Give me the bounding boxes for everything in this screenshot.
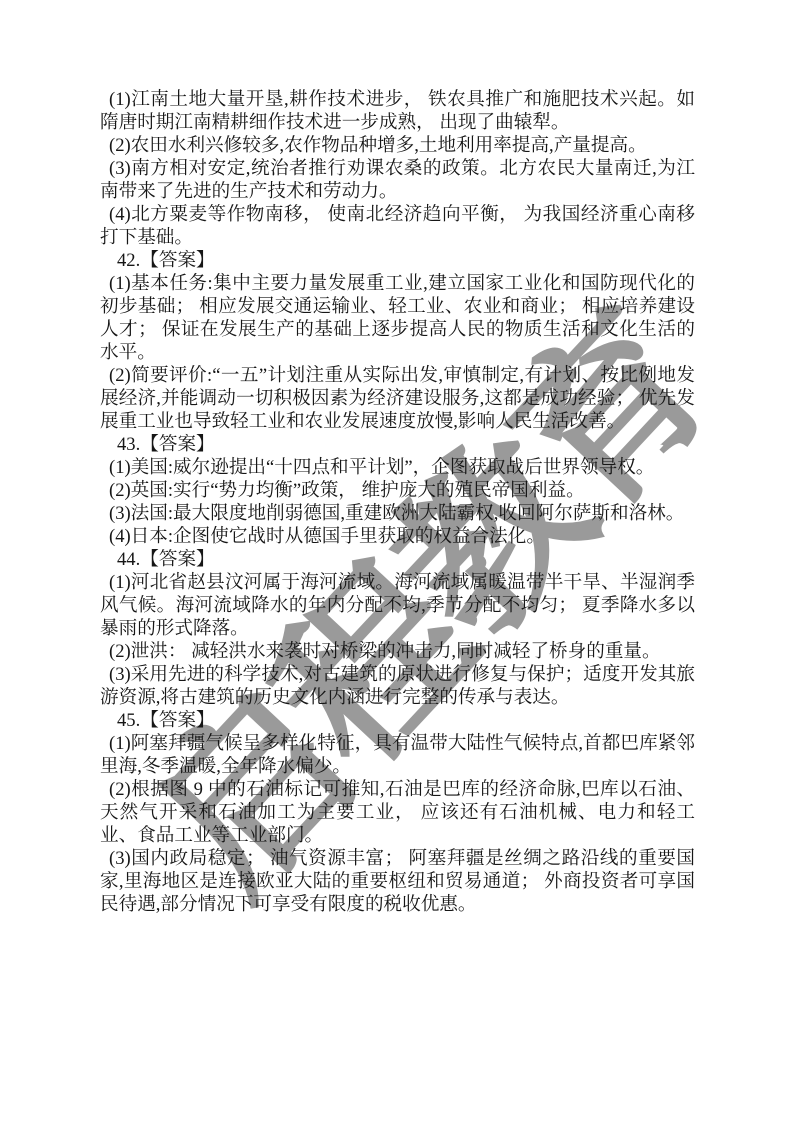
answer-heading: 42.【答案】 [100,249,695,272]
answer-number: 44. [117,549,140,570]
answer-paragraph: (3)国内政局稳定； 油气资源丰富； 阿塞拜疆是丝绸之路沿线的重要国家,里海地区… [100,847,695,916]
answer-paragraph: (1)基本任务:集中主要力量发展重工业,建立国家工业化和国防现代化的初步基础； … [100,272,695,364]
answer-number: 43. [117,434,140,455]
answer-paragraph: (1)河北省赵县汶河属于海河流域。海河流域属暖温带半干旱、半湿润季风气候。海河流… [100,571,695,640]
answer-label: 【答案】 [140,250,214,271]
answer-paragraph: (3)采用先进的科学技术,对古建筑的原状进行修复与保护；适度开发其旅游资源,将古… [100,663,695,709]
answer-paragraph: (2)农田水利兴修较多,农作物品种增多,土地利用率提高,产量提高。 [100,134,695,157]
answer-section-41: (1)江南土地大量开垦,耕作技术进步， 铁农具推广和施肥技术兴起。如隋唐时期江南… [100,88,695,249]
answer-paragraph: (1)江南土地大量开垦,耕作技术进步， 铁农具推广和施肥技术兴起。如隋唐时期江南… [100,88,695,134]
answer-section-44: 44.【答案】 (1)河北省赵县汶河属于海河流域。海河流域属暖温带半干旱、半湿润… [100,548,695,709]
answer-paragraph: (4)北方粟麦等作物南移， 使南北经济趋向平衡， 为我国经济重心南移打下基础。 [100,203,695,249]
answer-paragraph: (4)日本:企图使它战时从德国手里获取的权益合法化。 [100,525,695,548]
answer-paragraph: (2)简要评价:“一五”计划注重从实际出发,审慎制定,有计划、按比例地发展经济,… [100,364,695,433]
answer-label: 【答案】 [140,434,214,455]
answer-paragraph: (3)南方相对安定,统治者推行劝课农桑的政策。北方农民大量南迁,为江南带来了先进… [100,157,695,203]
answer-sheet-content: (1)江南土地大量开垦,耕作技术进步， 铁农具推广和施肥技术兴起。如隋唐时期江南… [100,88,695,916]
answer-paragraph: (1)美国:威尔逊提出“十四点和平计划”，企图获取战后世界领导权。 [100,456,695,479]
answer-paragraph: (3)法国:最大限度地削弱德国,重建欧洲大陆霸权,收回阿尔萨斯和洛林。 [100,502,695,525]
answer-paragraph: (1)阿塞拜疆气候呈多样化特征，具有温带大陆性气候特点,首都巴库紧邻里海,冬季温… [100,732,695,778]
answer-paragraph: (2)泄洪： 减轻洪水来袭时对桥梁的冲击力,同时减轻了桥身的重量。 [100,640,695,663]
answer-heading: 44.【答案】 [100,548,695,571]
answer-section-43: 43.【答案】 (1)美国:威尔逊提出“十四点和平计划”，企图获取战后世界领导权… [100,433,695,548]
document-page: 启程教育 (1)江南土地大量开垦,耕作技术进步， 铁农具推广和施肥技术兴起。如隋… [0,0,794,1123]
answer-number: 45. [117,710,140,731]
answer-section-42: 42.【答案】 (1)基本任务:集中主要力量发展重工业,建立国家工业化和国防现代… [100,249,695,433]
answer-number: 42. [117,250,140,271]
answer-label: 【答案】 [140,710,214,731]
answer-heading: 43.【答案】 [100,433,695,456]
answer-heading: 45.【答案】 [100,709,695,732]
answer-section-45: 45.【答案】 (1)阿塞拜疆气候呈多样化特征，具有温带大陆性气候特点,首都巴库… [100,709,695,916]
answer-label: 【答案】 [140,549,214,570]
answer-paragraph: (2)英国:实行“势力均衡”政策， 维护庞大的殖民帝国利益。 [100,479,695,502]
answer-paragraph: (2)根据图 9 中的石油标记可推知,石油是巴库的经济命脉,巴库以石油、天然气开… [100,778,695,847]
